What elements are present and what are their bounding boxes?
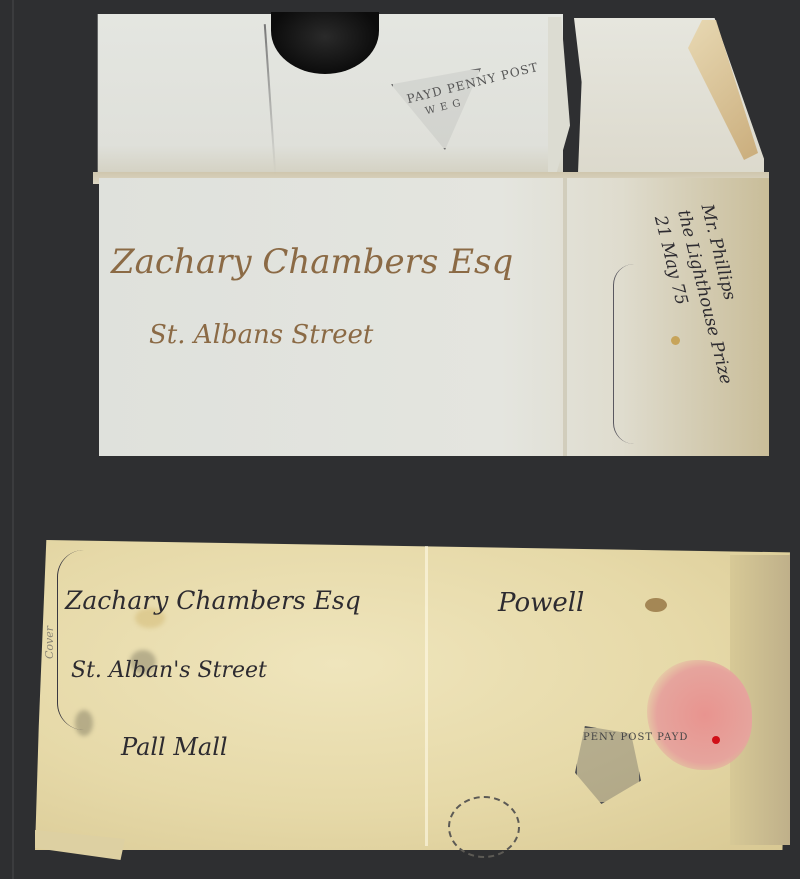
vertical-fold	[563, 178, 567, 456]
circular-date-stamp	[448, 796, 520, 858]
address-line-2: St. Albans Street	[149, 320, 373, 350]
address-line-3: Pall Mall	[121, 733, 228, 761]
docket-flourish	[613, 264, 634, 444]
address-flourish	[57, 550, 84, 730]
album-page-edge	[12, 0, 14, 879]
letter-cover-bottom: Cover Zachary Chambers Esq St. Alban's S…	[35, 540, 790, 862]
red-wax-fleck	[712, 736, 720, 744]
torn-flap-piece	[548, 17, 570, 172]
side-note: Cover	[43, 626, 56, 659]
letter-cover-top: PAYD PENNY POST W E G Zachary Chambers E…	[93, 14, 769, 456]
vertical-fold	[425, 546, 428, 846]
address-line-1: Zachary Chambers Esq	[65, 586, 361, 615]
sender-name: Powell	[498, 588, 584, 618]
address-line-1: Zachary Chambers Esq	[111, 242, 513, 282]
postmark-text: PENY POST PAYD	[583, 732, 688, 743]
ink-blot	[645, 598, 667, 612]
foxing-spot	[671, 336, 680, 345]
address-line-2: St. Alban's Street	[71, 658, 267, 683]
